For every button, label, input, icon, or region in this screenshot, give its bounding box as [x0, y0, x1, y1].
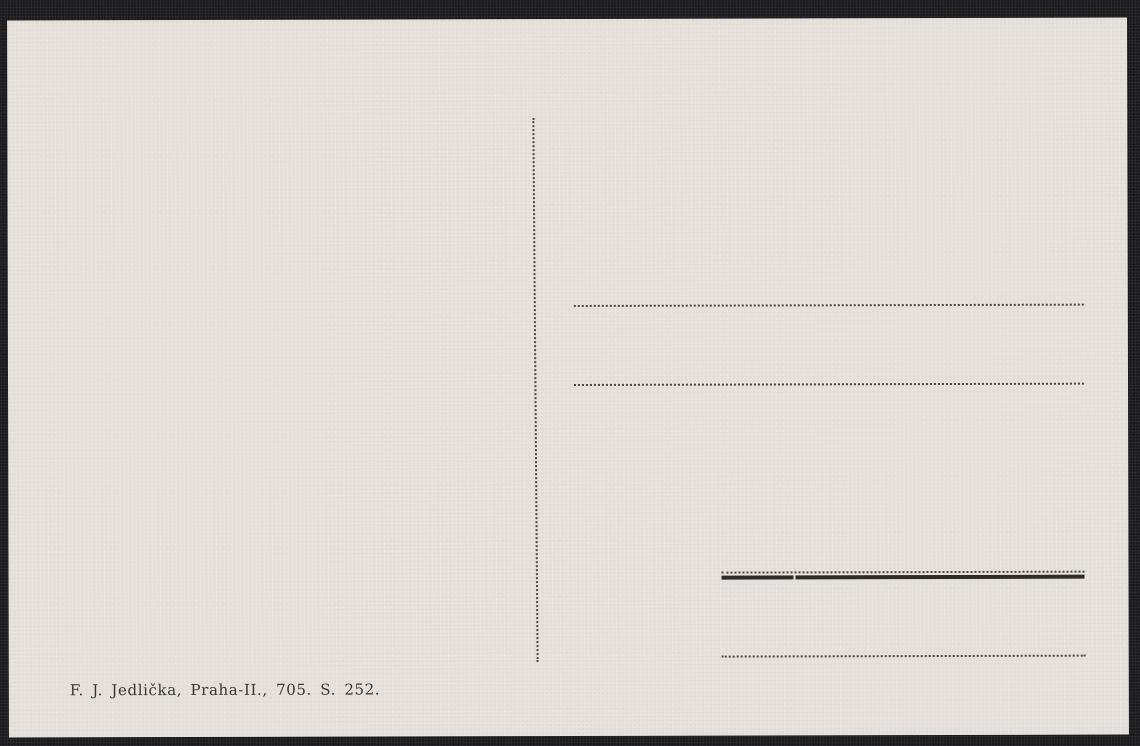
publisher-imprint: F. J. Jedlička, Praha-II., 705. S. 252. — [70, 680, 380, 699]
message-address-divider — [532, 118, 538, 662]
address-line-4 — [722, 655, 1086, 658]
address-line-1 — [574, 304, 1084, 307]
postcard-back: F. J. Jedlička, Praha-II., 705. S. 252. — [7, 18, 1129, 738]
address-underline-rule — [722, 575, 1085, 580]
address-line-2 — [574, 383, 1084, 386]
address-line-3 — [722, 571, 1085, 574]
